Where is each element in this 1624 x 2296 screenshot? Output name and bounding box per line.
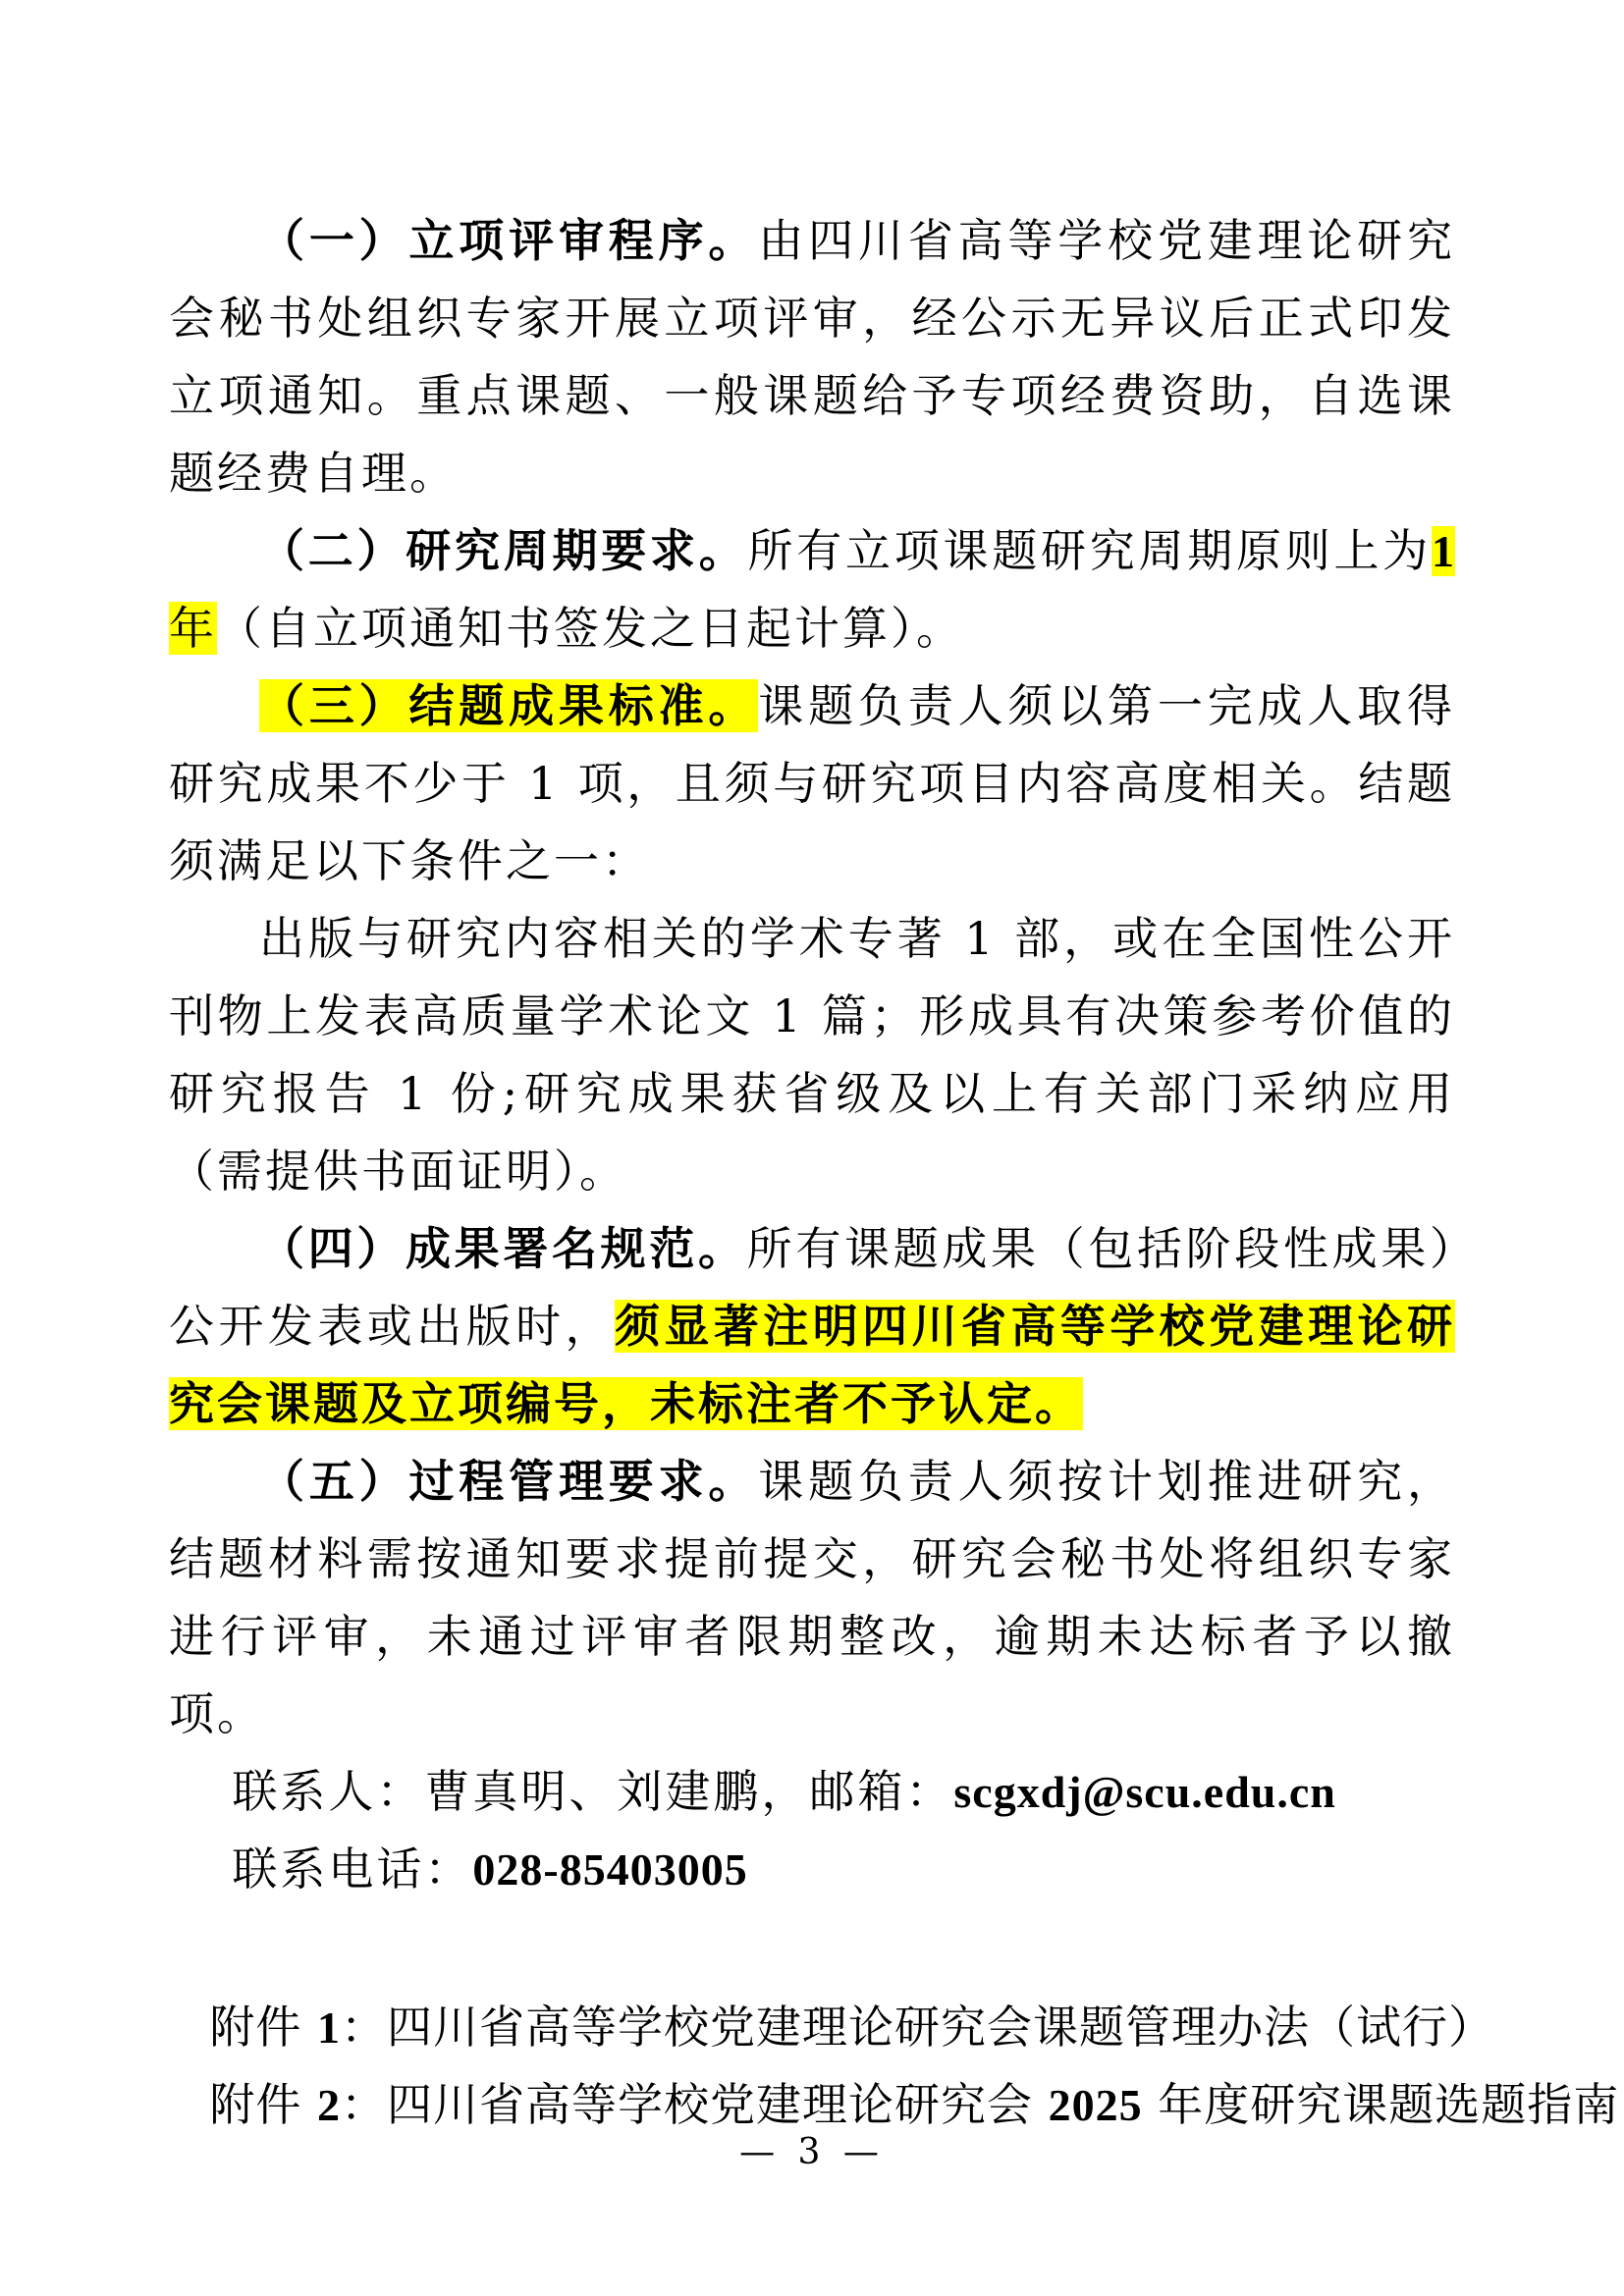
document-body: （一）立项评审程序。由四川省高等学校党建理论研究会秘书处组织专家开展立项评审，经…	[169, 202, 1455, 2144]
heading-project-review: （一）立项评审程序。	[259, 214, 758, 267]
contact-person-line: 联系人：曹真明、刘建鹏，邮箱：scgxdj@scu.edu.cn	[169, 1753, 1455, 1831]
para-process-management: （五）过程管理要求。课题负责人须按计划推进研究，结题材料需按通知要求提前提交，研…	[169, 1443, 1455, 1753]
para-attribution-rule: （四）成果署名规范。所有课题成果（包括阶段性成果）公开发表或出版时，须显著注明四…	[169, 1210, 1455, 1443]
text-research-period-2: （自立项通知书签发之日起计算）。	[217, 602, 964, 655]
text-research-period-1: 所有立项课题研究周期原则上为	[748, 524, 1433, 577]
attachment-2-number: 2	[317, 2080, 341, 2130]
para-completion-conditions: 出版与研究内容相关的学术专著 1 部，或在全国性公开刊物上发表高质量学术论文 1…	[169, 900, 1455, 1210]
heading-attribution-rule: （四）成果署名规范。	[259, 1222, 747, 1275]
para-project-review: （一）立项评审程序。由四川省高等学校党建理论研究会秘书处组织专家开展立项评审，经…	[169, 202, 1455, 512]
attachment-2-prefix: 附件	[209, 2078, 317, 2131]
heading-completion-standard-highlighted: （三）结题成果标准。	[259, 679, 758, 732]
contact-person-label: 联系人：曹真明、刘建鹏，邮箱：	[232, 1765, 953, 1818]
page-number: — 3 —	[0, 2132, 1624, 2172]
document-page: （一）立项评审程序。由四川省高等学校党建理论研究会秘书处组织专家开展立项评审，经…	[0, 0, 1624, 2296]
highlight-one-year-cn: 年	[169, 602, 217, 655]
highlight-one-year-number: 1	[1432, 526, 1455, 576]
attachment-1-prefix: 附件	[209, 2001, 317, 2054]
attachment-2-title-a: ：四川省高等学校党建理论研究会	[341, 2078, 1049, 2131]
attachment-2-year: 2025	[1049, 2080, 1143, 2130]
contact-phone-number: 028-85403005	[472, 1844, 747, 1895]
text-completion-conditions: 出版与研究内容相关的学术专著 1 部，或在全国性公开刊物上发表高质量学术论文 1…	[169, 912, 1455, 1198]
contact-email: scgxdj@scu.edu.cn	[953, 1767, 1336, 1817]
attachment-2-title-b: 年度研究课题选题指南	[1143, 2078, 1620, 2131]
contact-phone-line: 联系电话：028-85403005	[169, 1831, 1455, 1908]
contact-phone-label: 联系电话：	[232, 1842, 472, 1896]
heading-research-period: （二）研究周期要求。	[259, 524, 748, 577]
attachment-1-title: ：四川省高等学校党建理论研究会课题管理办法（试行）	[341, 2001, 1494, 2054]
para-completion-standard: （三）结题成果标准。课题负责人须以第一完成人取得研究成果不少于 1 项，且须与研…	[169, 667, 1455, 900]
spacer	[169, 1908, 1455, 1989]
para-research-period: （二）研究周期要求。所有立项课题研究周期原则上为1 年（自立项通知书签发之日起计…	[169, 512, 1455, 667]
attachment-1-number: 1	[317, 2002, 341, 2053]
heading-process-management: （五）过程管理要求。	[259, 1455, 758, 1508]
attachment-1-line: 附件 1：四川省高等学校党建理论研究会课题管理办法（试行）	[169, 1989, 1455, 2066]
